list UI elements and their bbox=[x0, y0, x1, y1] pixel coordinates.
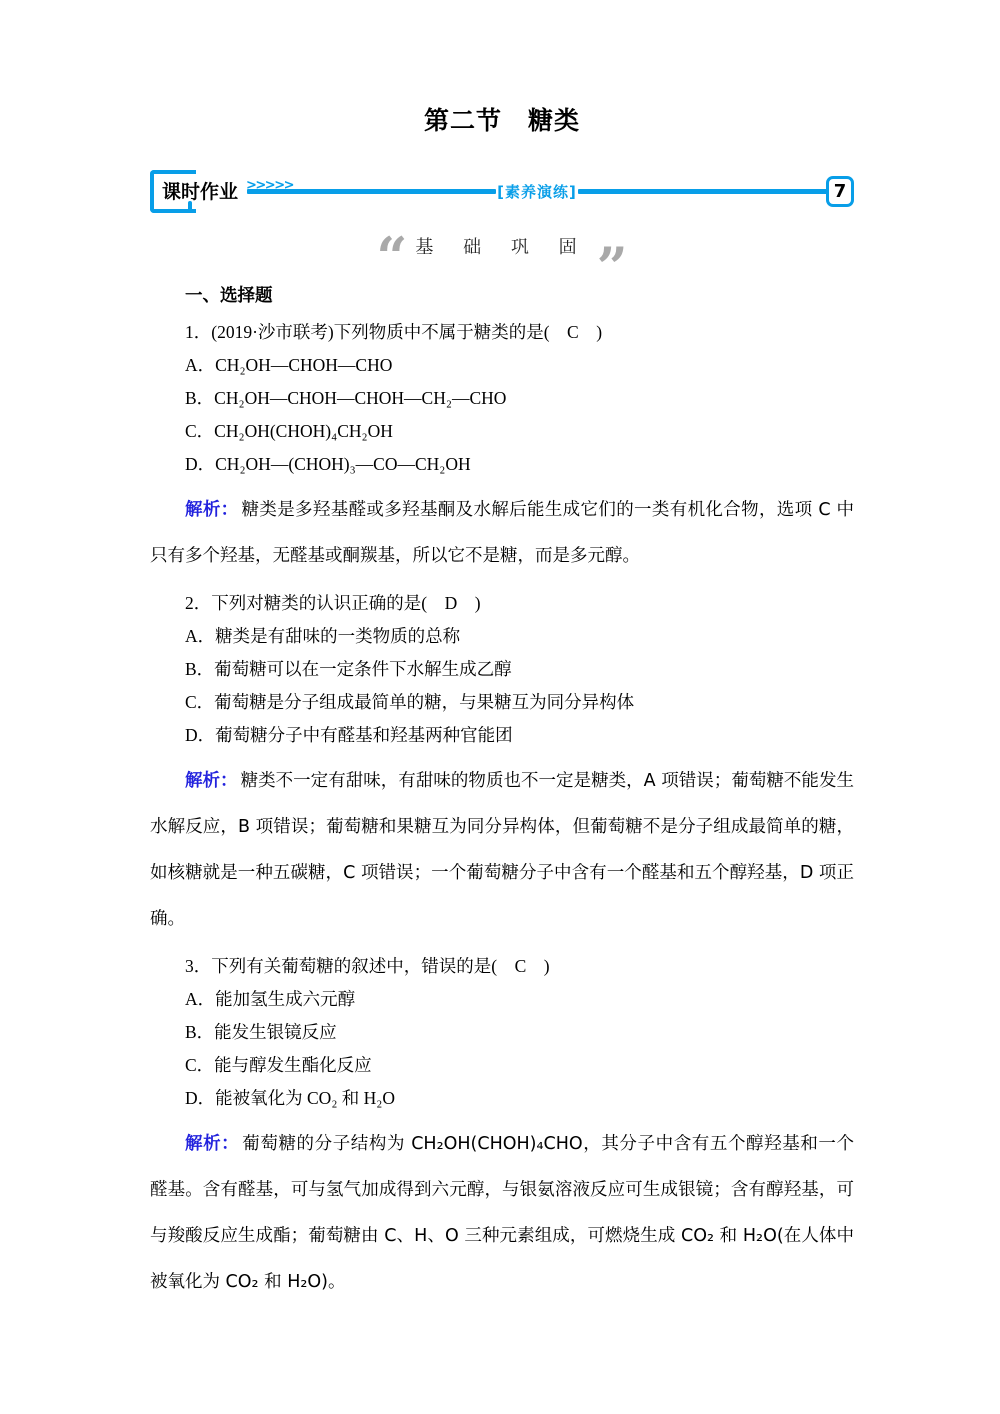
open-quote-icon: “ bbox=[376, 230, 407, 264]
analysis-label: 解析： bbox=[185, 1134, 239, 1154]
question-3: 3．下列有关葡萄糖的叙述中，错误的是( C ) A．能加氢生成六元醇 B．能发生… bbox=[150, 950, 854, 1305]
page-title: 第二节 糖类 bbox=[150, 104, 854, 138]
question-1: 1．(2019·沙市联考)下列物质中不属于糖类的是( C ) A．CH₂OH—C… bbox=[150, 316, 854, 579]
homework-label: 课时作业 bbox=[150, 170, 244, 213]
question-1-option-b: B．CH₂OH—CHOH—CHOH—CH₂—CHO bbox=[150, 382, 854, 415]
analysis-text: 糖类是多羟基醛或多羟基酮及水解后能生成它们的一类有机化合物，选项 C 中只有多个… bbox=[150, 500, 854, 566]
question-3-option-c: C．能与醇发生酯化反应 bbox=[150, 1049, 854, 1082]
analysis-label: 解析： bbox=[185, 500, 239, 520]
part-title: 一、选择题 bbox=[150, 284, 854, 308]
question-1-option-c: C．CH₂OH(CHOH)₄CH₂OH bbox=[150, 415, 854, 448]
question-2-stem: 2．下列对糖类的认识正确的是( D ) bbox=[150, 587, 854, 620]
section-title: 基 础 巩 固 bbox=[415, 228, 588, 268]
analysis-label: 解析： bbox=[185, 771, 238, 791]
analysis-text: 葡萄糖的分子结构为 CH₂OH(CHOH)₄CHO，其分子中含有五个醇羟基和一个… bbox=[150, 1134, 854, 1292]
question-1-option-a: A．CH₂OH—CHOH—CHO bbox=[150, 349, 854, 382]
question-2-option-a: A．糖类是有甜味的一类物质的总称 bbox=[150, 620, 854, 653]
question-2-option-c: C．葡萄糖是分子组成最简单的糖，与果糖互为同分异构体 bbox=[150, 686, 854, 719]
question-3-option-b: B．能发生银镜反应 bbox=[150, 1016, 854, 1049]
section-header: “ 基 础 巩 固 ” bbox=[150, 228, 854, 270]
question-2: 2．下列对糖类的认识正确的是( D ) A．糖类是有甜味的一类物质的总称 B．葡… bbox=[150, 587, 854, 942]
question-1-stem: 1．(2019·沙市联考)下列物质中不属于糖类的是( C ) bbox=[150, 316, 854, 349]
question-1-analysis: 解析：糖类是多羟基醛或多羟基酮及水解后能生成它们的一类有机化合物，选项 C 中只… bbox=[150, 487, 854, 579]
question-2-option-b: B．葡萄糖可以在一定条件下水解生成乙醇 bbox=[150, 653, 854, 686]
question-3-stem: 3．下列有关葡萄糖的叙述中，错误的是( C ) bbox=[150, 950, 854, 983]
question-2-analysis: 解析：糖类不一定有甜味，有甜味的物质也不一定是糖类，A 项错误；葡萄糖不能发生水… bbox=[150, 758, 854, 942]
drill-label: [素养演练] bbox=[496, 181, 578, 202]
question-3-analysis: 解析：葡萄糖的分子结构为 CH₂OH(CHOH)₄CHO，其分子中含有五个醇羟基… bbox=[150, 1121, 854, 1305]
page-number-badge: 7 bbox=[826, 176, 854, 207]
header-rule-right bbox=[578, 189, 827, 194]
header-band: 课时作业 >>>>> [素养演练] 7 bbox=[150, 172, 854, 210]
question-3-option-d: D．能被氧化为 CO₂ 和 H₂O bbox=[150, 1082, 854, 1115]
question-2-option-d: D．葡萄糖分子中有醛基和羟基两种官能团 bbox=[150, 719, 854, 752]
chevrons-icon: >>>>> bbox=[246, 178, 293, 193]
close-quote-icon: ” bbox=[597, 240, 628, 274]
question-1-option-d: D．CH₂OH—(CHOH)₃—CO—CH₂OH bbox=[150, 448, 854, 481]
analysis-text: 糖类不一定有甜味，有甜味的物质也不一定是糖类，A 项错误；葡萄糖不能发生水解反应… bbox=[150, 771, 854, 929]
worksheet-page: 第二节 糖类 课时作业 >>>>> [素养演练] 7 “ 基 础 巩 固 ” 一… bbox=[0, 0, 1000, 1305]
question-3-option-a: A．能加氢生成六元醇 bbox=[150, 983, 854, 1016]
